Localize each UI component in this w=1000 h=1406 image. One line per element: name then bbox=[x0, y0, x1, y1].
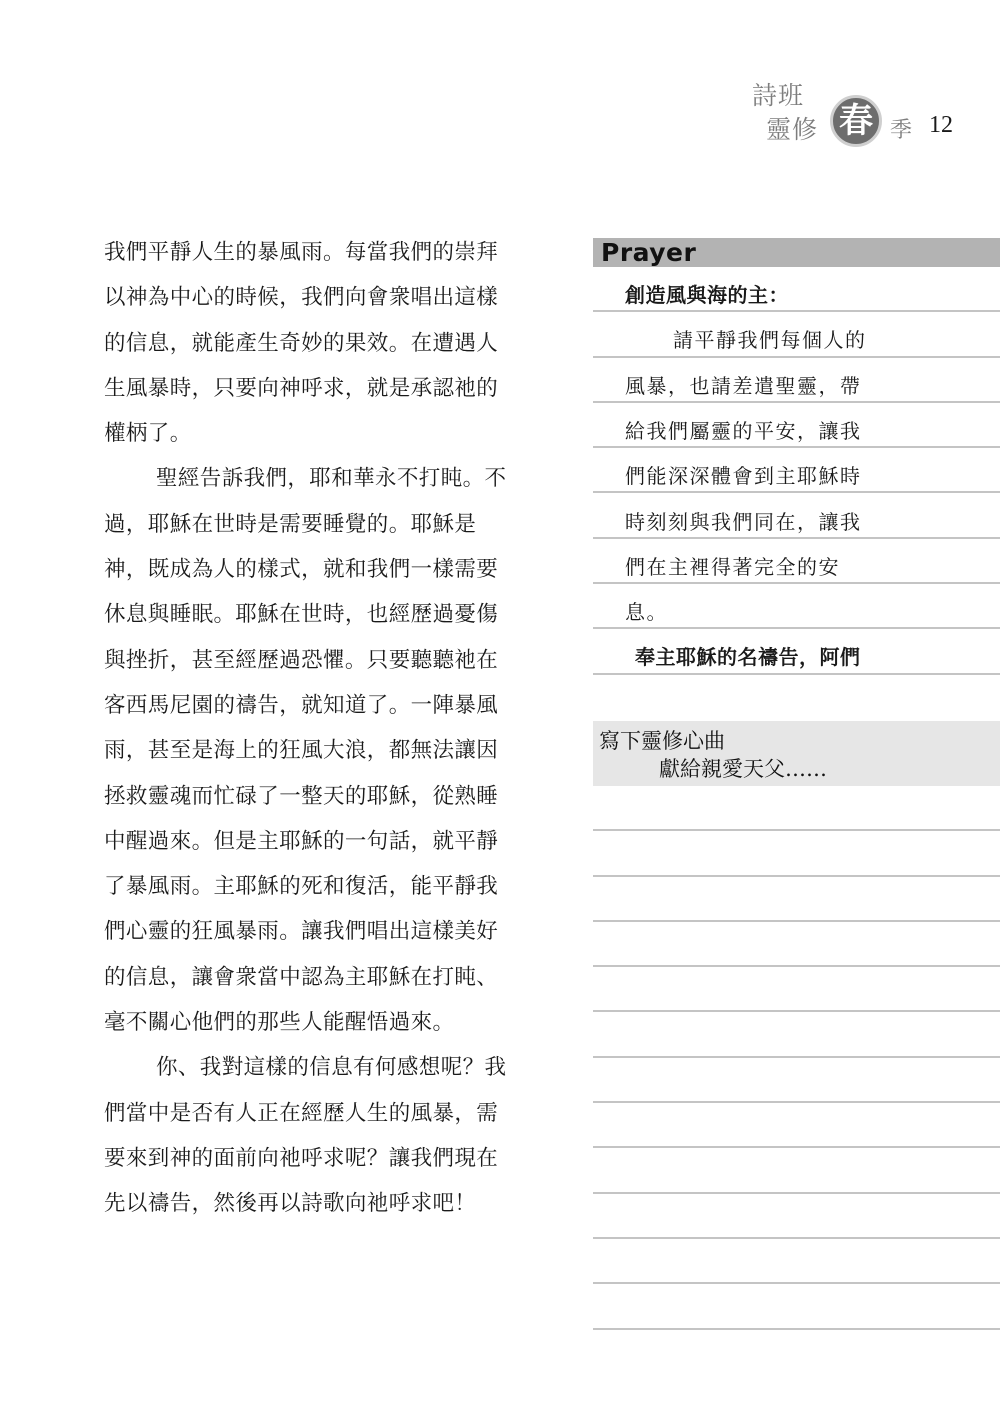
prayer-heading-line: 創造風與海的主： bbox=[625, 279, 789, 308]
header-season-label: 季 bbox=[890, 113, 912, 144]
body-line: 生風暴時，只要向神呼求，就是承認祂的 bbox=[104, 366, 564, 411]
journal-blank-line[interactable] bbox=[593, 922, 1000, 967]
body-line: 客西馬尼園的禱告，就知道了。一陣暴風 bbox=[104, 683, 564, 728]
journal-box: 寫下靈修心曲 獻給親愛天父…… bbox=[593, 721, 1000, 786]
season-badge: 春 bbox=[830, 95, 882, 147]
body-line: 拯救靈魂而忙碌了一整天的耶穌，從熟睡 bbox=[104, 774, 564, 819]
body-line: 們心靈的狂風暴雨。讓我們唱出這樣美好 bbox=[104, 909, 564, 954]
page-header: 詩班 靈修 春 季 12 bbox=[740, 68, 1000, 158]
header-choir-label: 詩班 bbox=[752, 76, 804, 112]
body-line: 中醒過來。但是主耶穌的一句話，就平靜 bbox=[104, 819, 564, 864]
prayer-line: 風暴，也請差遣聖靈，帶 bbox=[625, 370, 862, 399]
journal-blank-line[interactable] bbox=[593, 1058, 1000, 1103]
body-line: 了暴風雨。主耶穌的死和復活，能平靜我 bbox=[104, 864, 564, 909]
body-line: 先以禱告，然後再以詩歌向祂呼求吧！ bbox=[104, 1181, 564, 1226]
body-line: 過，耶穌在世時是需要睡覺的。耶穌是 bbox=[104, 502, 564, 547]
body-line: 的信息，就能產生奇妙的果效。在遭遇人 bbox=[104, 321, 564, 366]
body-line: 的信息，讓會衆當中認為主耶穌在打盹、 bbox=[104, 955, 564, 1000]
prayer-title: Prayer bbox=[601, 238, 696, 268]
journal-blank-line[interactable] bbox=[593, 1239, 1000, 1284]
header-devotion-label: 靈修 bbox=[766, 110, 818, 146]
prayer-heading-line: 奉主耶穌的名禱告，阿們 bbox=[635, 641, 861, 670]
page-number: 12 bbox=[929, 112, 953, 139]
body-line: 神，既成為人的樣式，就和我們一樣需要 bbox=[104, 547, 564, 592]
journal-blank-line[interactable] bbox=[593, 831, 1000, 876]
sidebar-prayer: Prayer 寫下靈修心曲 獻給親愛天父…… 創造風與海的主：請平靜我們每個人的… bbox=[593, 238, 1000, 267]
body-line: 權柄了。 bbox=[104, 411, 564, 456]
body-line: 以神為中心的時候，我們向會衆唱出這樣 bbox=[104, 275, 564, 320]
body-line: 雨，甚至是海上的狂風大浪，都無法讓因 bbox=[104, 728, 564, 773]
journal-blank-line[interactable] bbox=[593, 1013, 1000, 1058]
journal-blank-line[interactable] bbox=[593, 1194, 1000, 1239]
prayer-title-bar: Prayer bbox=[593, 238, 1000, 267]
body-line: 聖經告訴我們，耶和華永不打盹。不 bbox=[104, 456, 564, 501]
prayer-line: 們在主裡得著完全的安 bbox=[625, 551, 840, 580]
prayer-line: 時刻刻與我們同在，讓我 bbox=[625, 506, 862, 535]
body-line: 我們平靜人生的暴風雨。每當我們的崇拜 bbox=[104, 230, 564, 275]
journal-blank-line[interactable] bbox=[593, 1284, 1000, 1329]
journal-subtitle: 獻給親愛天父…… bbox=[659, 753, 827, 783]
body-line: 毫不關心他們的那些人能醒悟過來。 bbox=[104, 1000, 564, 1045]
journal-blank-line[interactable] bbox=[593, 877, 1000, 922]
body-text: 我們平靜人生的暴風雨。每當我們的崇拜以神為中心的時候，我們向會衆唱出這樣的信息，… bbox=[104, 230, 564, 1227]
body-line: 休息與睡眠。耶穌在世時，也經歷過憂傷 bbox=[104, 592, 564, 637]
body-line: 要來到神的面前向祂呼求呢？讓我們現在 bbox=[104, 1136, 564, 1181]
journal-blank-line[interactable] bbox=[593, 786, 1000, 831]
journal-blank-line[interactable] bbox=[593, 1148, 1000, 1193]
prayer-line: 給我們屬靈的平安，讓我 bbox=[625, 415, 862, 444]
body-line: 你、我對這樣的信息有何感想呢？我 bbox=[104, 1045, 564, 1090]
prayer-line: 息。 bbox=[625, 596, 668, 625]
prayer-line: 請平靜我們每個人的 bbox=[673, 324, 867, 353]
journal-title: 寫下靈修心曲 bbox=[599, 725, 725, 755]
journal-blank-line[interactable] bbox=[593, 1103, 1000, 1148]
body-line: 與挫折，甚至經歷過恐懼。只要聽聽祂在 bbox=[104, 638, 564, 683]
body-line: 們當中是否有人正在經歷人生的風暴，需 bbox=[104, 1091, 564, 1136]
prayer-line: 們能深深體會到主耶穌時 bbox=[625, 460, 862, 489]
journal-blank-line[interactable] bbox=[593, 967, 1000, 1012]
